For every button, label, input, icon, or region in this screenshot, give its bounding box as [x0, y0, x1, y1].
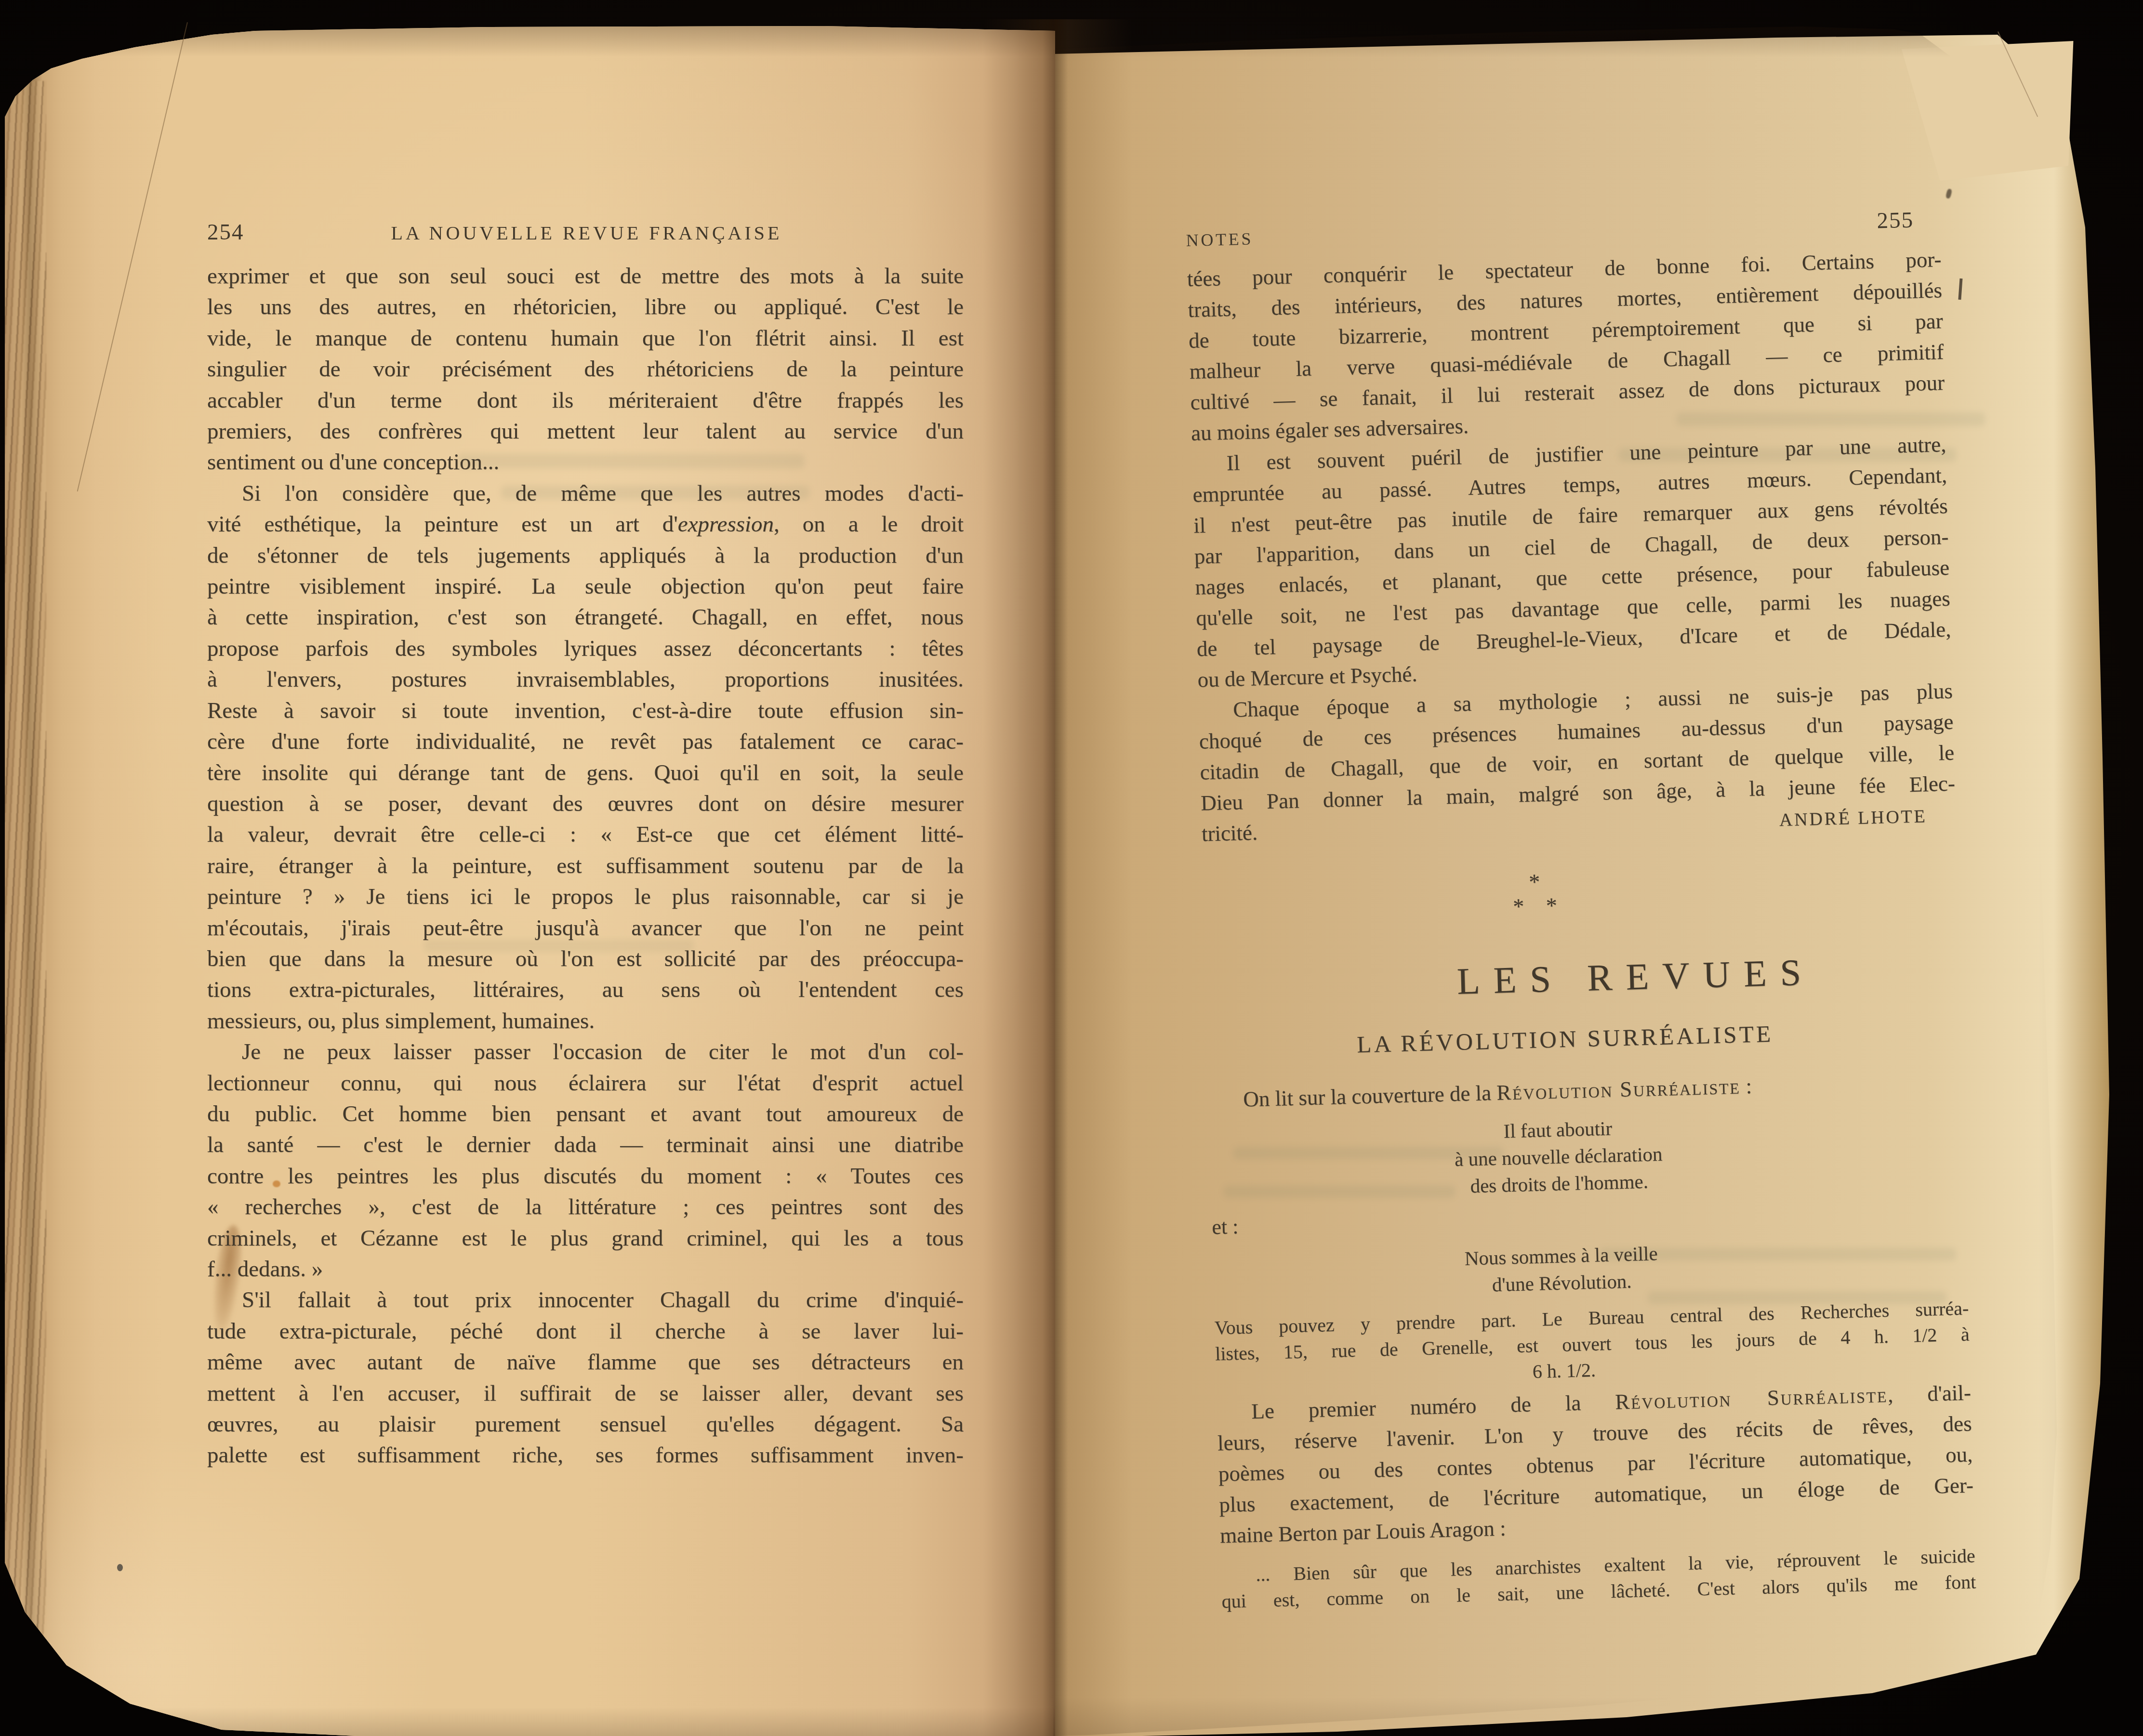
text-line: vité esthétique, la peinture est un art …: [207, 509, 964, 540]
text-line: à l'envers, postures invraisemblables, p…: [207, 664, 964, 695]
text-line: S'il fallait à tout prix innocenter Chag…: [207, 1285, 964, 1315]
text-line: messieurs, ou, plus simplement, humaines…: [207, 1006, 964, 1036]
text-line: du public. Cet homme bien pensant et ava…: [207, 1099, 964, 1129]
right-page-body: tées pour conquérir le spectateur de bon…: [1187, 244, 1956, 819]
paragraph: Il est souvent puéril de justifier une p…: [1191, 429, 1952, 695]
text-line: Je ne peux laisser passer l'occasion de …: [207, 1036, 964, 1067]
premier-numero-paragraph: Le premier numéro de la Révolution Surré…: [1217, 1377, 1975, 1551]
author-signature: ANDRÉ LHOTE: [1779, 801, 1927, 835]
text-line: de s'étonner de tels jugements appliqués…: [207, 540, 964, 571]
text-line: la santé — c'est le dernier dada — termi…: [207, 1129, 964, 1160]
text-line: question à se poser, devant des œuvres d…: [207, 788, 964, 819]
right-page-text-column: NOTES 255 tées pour conquérir le spectat…: [1186, 206, 1976, 1615]
text-line: mettent à l'en accuser, il suffirait de …: [207, 1378, 964, 1409]
left-page-header: 254 LA NOUVELLE REVUE FRANÇAISE: [207, 219, 964, 253]
text-line: f... dedans. »: [207, 1254, 964, 1285]
text-line: œuvres, au plaisir purement sensuel qu'e…: [207, 1409, 964, 1440]
text-line: la valeur, devrait être celle-ci : « Est…: [207, 819, 964, 850]
section-title: LES REVUES: [1258, 945, 2013, 1008]
text-line: tère insolite qui dérange tant de gens. …: [207, 757, 964, 788]
text-line: cère d'une forte individualité, ne revêt…: [207, 726, 964, 757]
text-line: Si l'on considère que, de même que les a…: [207, 478, 964, 509]
cover-quote-1: Il faut aboutirà une nouvelle déclaratio…: [1180, 1106, 1937, 1207]
left-page-body: exprimer et que son seul souci est de me…: [207, 261, 964, 1471]
text-line: peintre visiblement inspiré. La seule ob…: [207, 571, 964, 602]
text-line: « recherches », c'est de la littérature …: [207, 1192, 964, 1222]
paragraph: Chaque époque a sa mythologie ; aussi ne…: [1198, 676, 1955, 819]
text-line: lectionneur connu, qui nous éclairera su…: [207, 1068, 964, 1099]
text-line: accabler d'un terme dont ils mériteraien…: [207, 385, 964, 416]
text-line: m'écoutais, j'irais peut-être jusqu'à av…: [207, 913, 964, 943]
text-line: palette est suffisamment riche, ses form…: [207, 1440, 964, 1471]
text-line: raire, étranger à la peinture, est suffi…: [207, 850, 964, 881]
cover-quote-2: Nous sommes à la veilled'une Révolution.: [1184, 1232, 1939, 1306]
running-title: LA NOUVELLE REVUE FRANÇAISE: [391, 222, 782, 244]
text-line: bien que dans la mesure où l'on est soll…: [207, 943, 964, 974]
text-line: peinture ? » Je tiens ici le propos le p…: [207, 881, 964, 912]
intro-line: On lit sur la couverture de la Révolutio…: [1208, 1066, 1963, 1114]
text-line: contre les peintres les plus discutés du…: [207, 1161, 964, 1192]
paragraph: exprimer et que son seul souci est de me…: [207, 261, 964, 478]
paragraph: Si l'on considère que, de même que les a…: [207, 478, 964, 1036]
book-spread-photo: 254 LA NOUVELLE REVUE FRANÇAISE exprimer…: [0, 0, 2143, 1736]
text-line: même avec autant de naïve flamme que ses…: [207, 1347, 964, 1378]
paragraph: tées pour conquérir le spectateur de bon…: [1187, 244, 1946, 449]
paragraph-end: tricité.: [1201, 817, 1258, 849]
text-line: tude extra-picturale, péché dont il cher…: [207, 1316, 964, 1347]
text-line: les uns des autres, en rhétoricien, libr…: [207, 292, 964, 322]
paragraph: Je ne peux laisser passer l'occasion de …: [207, 1036, 964, 1285]
left-page-text-column: 254 LA NOUVELLE REVUE FRANÇAISE exprimer…: [207, 219, 964, 1471]
section-divider-asterisks: * * *: [1157, 860, 1912, 928]
running-title: NOTES: [1186, 228, 1253, 251]
text-line: propose parfois des symboles lyriques as…: [207, 633, 964, 664]
text-line: criminels, et Cézanne est le plus grand …: [207, 1223, 964, 1254]
page-number: 254: [207, 219, 244, 245]
text-line: Reste à savoir si toute invention, c'est…: [207, 695, 964, 726]
text-line: sentiment ou d'une conception...: [207, 447, 964, 477]
text-line: à cette inspiration, c'est son étrangeté…: [207, 602, 964, 633]
text-line: exprimer et que son seul souci est de me…: [207, 261, 964, 292]
article-title: LA RÉVOLUTION SURRÉALISTE: [1188, 1016, 1943, 1063]
paragraph: Le premier numéro de la Révolution Surré…: [1217, 1377, 1975, 1551]
paragraph: S'il fallait à tout prix innocenter Chag…: [207, 1285, 964, 1471]
page-number: 255: [1877, 207, 1914, 234]
text-line: singulier de voir précisément des rhétor…: [207, 354, 964, 384]
page-edge-stack: [5, 81, 46, 1642]
text-line: premiers, des confrères qui mettent leur…: [207, 416, 964, 447]
text-line: vide, le manque de contenu humain que l'…: [207, 323, 964, 354]
text-line: tions extra-picturales, littéraires, au …: [207, 974, 964, 1005]
